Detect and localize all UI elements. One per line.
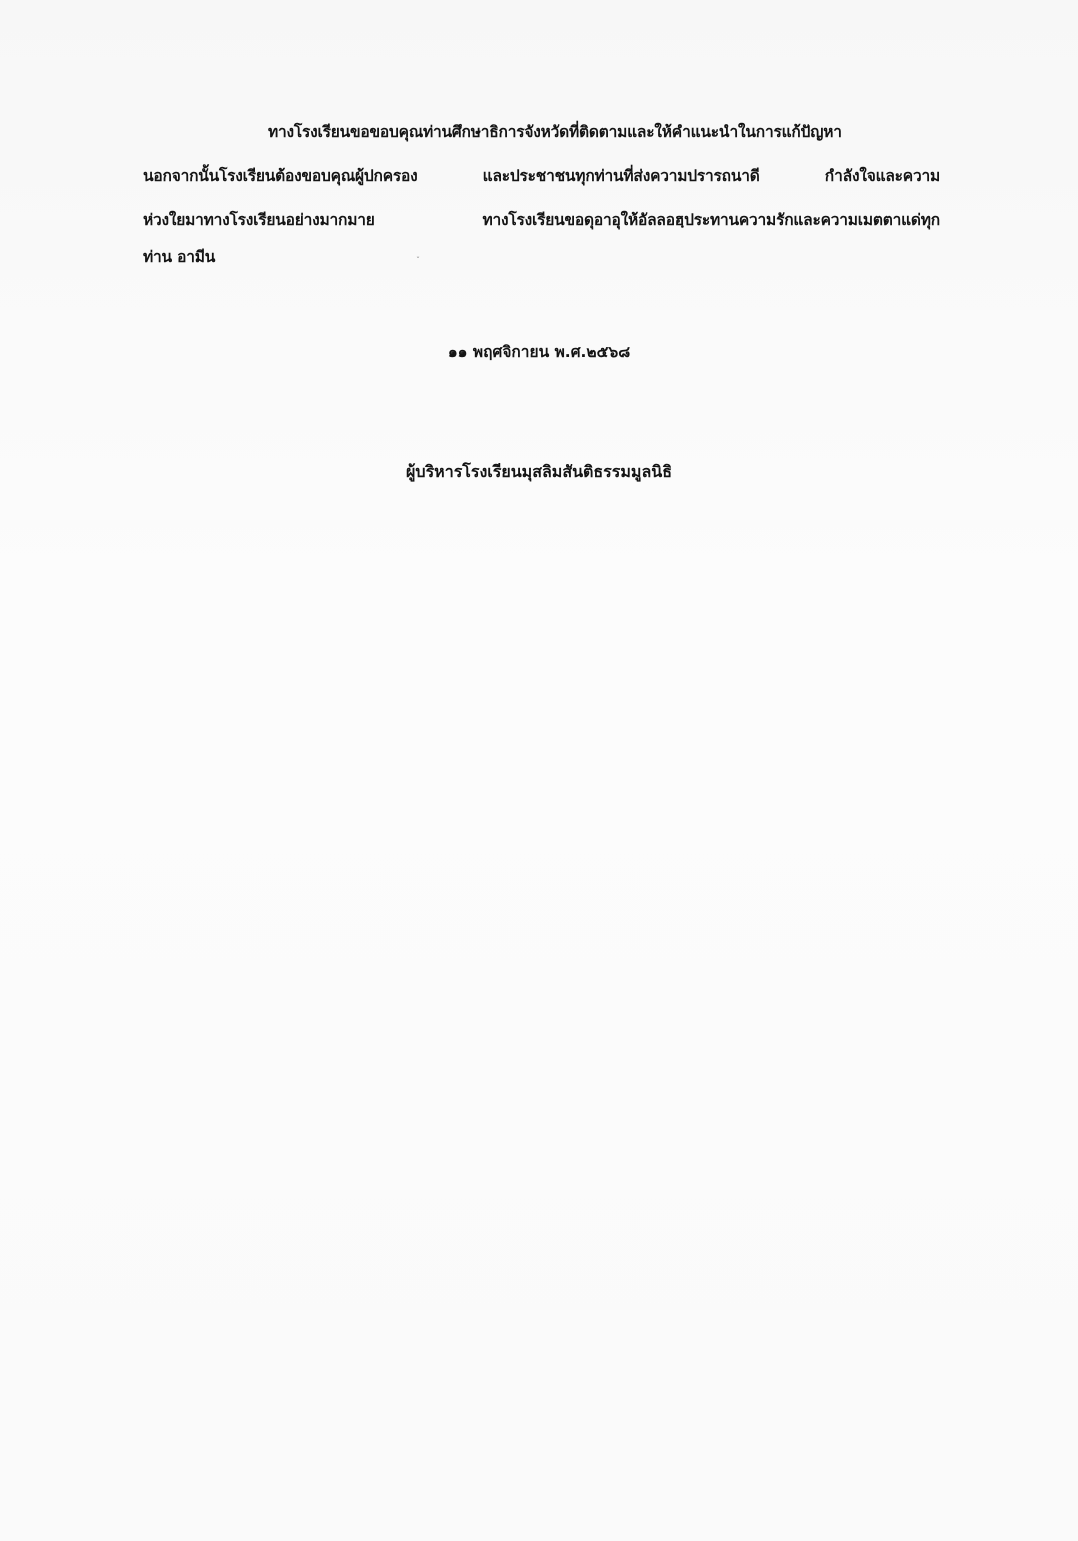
paragraph-line-2: นอกจากนั้นโรงเรียนต้องขอบคุณผู้ปกครอง แล… — [143, 163, 940, 188]
paragraph-line-1: ทางโรงเรียนขอขอบคุณท่านศึกษาธิการจังหวัด… — [268, 119, 940, 144]
paragraph-line-4: ท่าน อามีน — [143, 244, 215, 269]
scan-artifact-mark: ˇ — [416, 256, 421, 260]
paragraph-line-3: ห่วงใยมาทางโรงเรียนอย่างมากมาย ทางโรงเรี… — [143, 207, 940, 232]
signature-line: ผู้บริหารโรงเรียนมุสลิมสันติธรรมมูลนิธิ — [0, 460, 1078, 485]
document-date: ๑๑ พฤศจิกายน พ.ศ.๒๕๖๘ — [0, 339, 1078, 364]
document-page: ทางโรงเรียนขอขอบคุณท่านศึกษาธิการจังหวัด… — [0, 0, 1078, 1541]
